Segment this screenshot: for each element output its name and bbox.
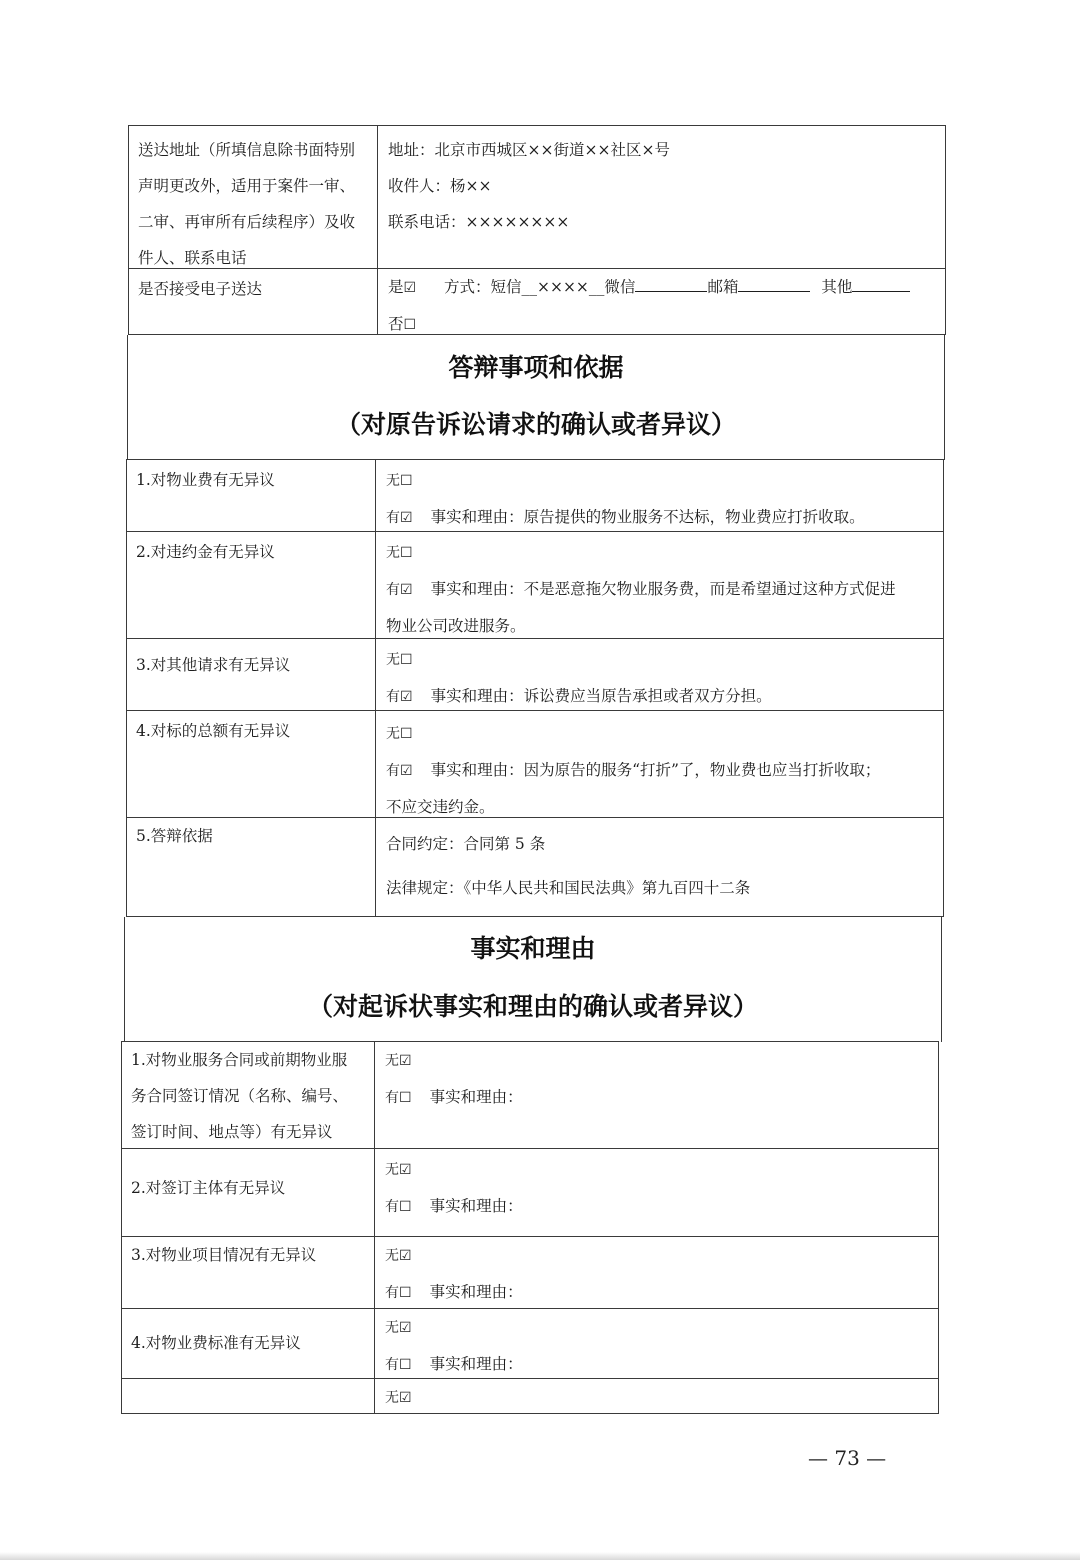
wechat-field[interactable] <box>635 290 707 292</box>
section-subtitle: （对起诉状事实和理由的确认或者异议） <box>125 987 941 1023</box>
none-checkbox[interactable]: 无☑ <box>385 1320 412 1336</box>
reason-text[interactable]: 事实和理由： <box>430 1355 523 1373</box>
none-checkbox[interactable]: 无☐ <box>386 545 413 561</box>
reason-text[interactable]: 事实和理由：原告提供的物业服务不达标，物业费应打折收取。 <box>431 508 865 526</box>
has-checkbox[interactable]: 有☐ <box>385 1199 412 1215</box>
section-title: 答辩事项和依据 <box>128 348 944 384</box>
page-number: — 73 — <box>808 1446 886 1470</box>
reason-text[interactable]: 事实和理由：因为原告的服务“打折”了，物业费也应当打折收取； <box>431 761 881 779</box>
has-checkbox[interactable]: 有☑ <box>386 582 413 598</box>
none-checkbox[interactable]: 无☐ <box>386 652 413 668</box>
reason-text[interactable]: 事实和理由：不是恶意拖欠物业服务费，而是希望通过这种方式促进 <box>431 580 896 598</box>
item-options: 无☐ 有☑事实和理由：诉讼费应当原告承担或者双方分担。 <box>376 639 943 710</box>
facts-items-section: 1.对物业服务合同或前期物业服 务合同签订情况（名称、编号、 签订时间、地点等）… <box>121 1041 939 1414</box>
none-checkbox[interactable]: 无☑ <box>385 1390 412 1406</box>
item-options: 无☐ 有☑事实和理由：不是恶意拖欠物业服务费，而是希望通过这种方式促进 物业公司… <box>376 532 943 638</box>
has-checkbox[interactable]: 有☑ <box>386 510 413 526</box>
other-label: 其他 <box>821 278 852 296</box>
reason-text[interactable]: 事实和理由： <box>430 1283 523 1301</box>
method-label: 方式：短信 <box>444 278 522 296</box>
reason-text[interactable]: 事实和理由：诉讼费应当原告承担或者双方分担。 <box>431 687 772 705</box>
defense-item: 3.对其他请求有无异议 无☐ 有☑事实和理由：诉讼费应当原告承担或者双方分担。 <box>127 638 943 710</box>
none-checkbox[interactable]: 无☐ <box>386 473 413 489</box>
phone-field[interactable]: 联系电话：×××××××× <box>388 204 945 240</box>
item-options: 无☑ 有☐事实和理由： <box>375 1309 938 1378</box>
item-label: 1.对物业服务合同或前期物业服 务合同签订情况（名称、编号、 签订时间、地点等）… <box>122 1042 375 1148</box>
reason-text[interactable]: 事实和理由： <box>430 1197 523 1215</box>
item-options: 无☑ <box>375 1379 938 1413</box>
facts-item: 4.对物业费标准有无异议 无☑ 有☐事实和理由： <box>122 1308 938 1378</box>
defense-item: 4.对标的总额有无异议 无☐ 有☑事实和理由：因为原告的服务“打折”了，物业费也… <box>127 710 943 817</box>
facts-item: 1.对物业服务合同或前期物业服 务合同签订情况（名称、编号、 签订时间、地点等）… <box>122 1041 938 1148</box>
none-checkbox[interactable]: 无☐ <box>386 726 413 742</box>
defense-items-section: 1.对物业费有无异议 无☐ 有☑事实和理由：原告提供的物业服务不达标，物业费应打… <box>126 459 944 917</box>
item-options: 无☑ 有☐事实和理由： <box>375 1149 938 1236</box>
e-delivery-label: 是否接受电子送达 <box>129 269 378 334</box>
e-delivery-no-label: 否 <box>388 315 404 333</box>
e-delivery-yes-label: 是 <box>388 278 404 296</box>
label-line: 送达地址（所填信息除书面特别 <box>138 132 377 168</box>
item-options: 无☑ 有☐事实和理由： <box>375 1042 938 1148</box>
defense-item: 2.对违约金有无异议 无☐ 有☑事实和理由：不是恶意拖欠物业服务费，而是希望通过… <box>127 531 943 638</box>
none-checkbox[interactable]: 无☑ <box>385 1053 412 1069</box>
label-line: 声明更改外，适用于案件一审、 <box>138 168 377 204</box>
has-checkbox[interactable]: 有☐ <box>385 1285 412 1301</box>
facts-item: 2.对签订主体有无异议 无☑ 有☐事实和理由： <box>122 1148 938 1236</box>
defense-heading-section: 答辩事项和依据 （对原告诉讼请求的确认或者异议） <box>127 335 945 460</box>
delivery-address-row: 送达地址（所填信息除书面特别 声明更改外，适用于案件一审、 二审、再审所有后续程… <box>129 125 945 268</box>
item-label: 3.对物业项目情况有无异议 <box>122 1237 375 1308</box>
item-label: 4.对物业费标准有无异议 <box>122 1309 375 1378</box>
e-delivery-options: 是☑ 方式：短信__××××__微信邮箱 其他 否☐ <box>378 269 945 334</box>
reason-text[interactable]: 事实和理由： <box>430 1088 523 1106</box>
defense-basis-row: 5.答辩依据 合同约定：合同第 5 条 法律规定：《中华人民共和国民法典》第九百… <box>127 817 943 917</box>
section-title: 事实和理由 <box>125 929 941 965</box>
has-checkbox[interactable]: 有☑ <box>386 689 413 705</box>
label-line: 务合同签订情况（名称、编号、 <box>131 1078 374 1114</box>
contract-basis[interactable]: 合同约定：合同第 5 条 <box>386 822 943 866</box>
e-delivery-no-checkbox[interactable]: ☐ <box>404 317 417 333</box>
delivery-address-value: 地址：北京市西城区××街道××社区×号 收件人：杨×× 联系电话：×××××××… <box>378 126 945 268</box>
section-subtitle: （对原告诉讼请求的确认或者异议） <box>128 405 944 441</box>
item-label: 2.对违约金有无异议 <box>127 532 376 638</box>
label-line: 1.对物业服务合同或前期物业服 <box>131 1042 374 1078</box>
item-options: 无☐ 有☑事实和理由：原告提供的物业服务不达标，物业费应打折收取。 <box>376 460 943 531</box>
none-checkbox[interactable]: 无☑ <box>385 1248 412 1264</box>
basis-values: 合同约定：合同第 5 条 法律规定：《中华人民共和国民法典》第九百四十二条 <box>376 818 943 916</box>
item-label: 1.对物业费有无异议 <box>127 460 376 531</box>
item-label <box>122 1379 375 1413</box>
label-line: 签订时间、地点等）有无异议 <box>131 1114 374 1150</box>
item-label: 3.对其他请求有无异议 <box>127 639 376 710</box>
e-delivery-row: 是否接受电子送达 是☑ 方式：短信__××××__微信邮箱 其他 否☐ <box>129 268 945 335</box>
basis-label: 5.答辩依据 <box>127 818 376 916</box>
address-field[interactable]: 地址：北京市西城区××街道××社区×号 <box>388 132 945 168</box>
sms-field[interactable]: __××××__ <box>521 278 604 296</box>
label-line: 二审、再审所有后续程序）及收 <box>138 204 377 240</box>
email-field[interactable] <box>738 290 810 292</box>
recipient-field[interactable]: 收件人：杨×× <box>388 168 945 204</box>
scan-edge <box>0 1552 1080 1560</box>
has-checkbox[interactable]: 有☐ <box>385 1090 412 1106</box>
none-checkbox[interactable]: 无☑ <box>385 1162 412 1178</box>
item-options: 无☐ 有☑事实和理由：因为原告的服务“打折”了，物业费也应当打折收取； 不应交违… <box>376 711 943 817</box>
delivery-section: 送达地址（所填信息除书面特别 声明更改外，适用于案件一审、 二审、再审所有后续程… <box>128 125 946 335</box>
law-basis[interactable]: 法律规定：《中华人民共和国民法典》第九百四十二条 <box>386 866 943 910</box>
email-label: 邮箱 <box>707 278 738 296</box>
other-field[interactable] <box>852 290 910 292</box>
e-delivery-yes-checkbox[interactable]: ☑ <box>404 280 417 296</box>
item-label: 4.对标的总额有无异议 <box>127 711 376 817</box>
facts-item: 无☑ <box>122 1378 938 1414</box>
wechat-label: 微信 <box>604 278 635 296</box>
item-options: 无☑ 有☐事实和理由： <box>375 1237 938 1308</box>
item-label: 2.对签订主体有无异议 <box>122 1149 375 1236</box>
facts-heading-section: 事实和理由 （对起诉状事实和理由的确认或者异议） <box>124 917 942 1042</box>
defense-item: 1.对物业费有无异议 无☐ 有☑事实和理由：原告提供的物业服务不达标，物业费应打… <box>127 459 943 531</box>
facts-item: 3.对物业项目情况有无异议 无☑ 有☐事实和理由： <box>122 1236 938 1308</box>
delivery-address-label: 送达地址（所填信息除书面特别 声明更改外，适用于案件一审、 二审、再审所有后续程… <box>129 126 378 268</box>
has-checkbox[interactable]: 有☑ <box>386 763 413 779</box>
has-checkbox[interactable]: 有☐ <box>385 1357 412 1373</box>
